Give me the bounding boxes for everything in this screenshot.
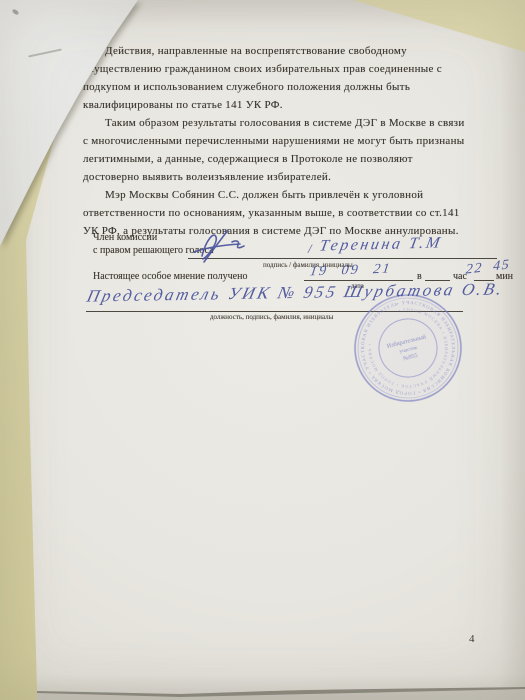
paper-speck xyxy=(11,8,19,15)
paper-scratch xyxy=(28,48,62,57)
overlay-sheet-wrap xyxy=(0,0,525,700)
document-photo: Действия, направленные на воспрепятствов… xyxy=(0,0,525,700)
overlay-sheet-corner xyxy=(0,0,525,700)
